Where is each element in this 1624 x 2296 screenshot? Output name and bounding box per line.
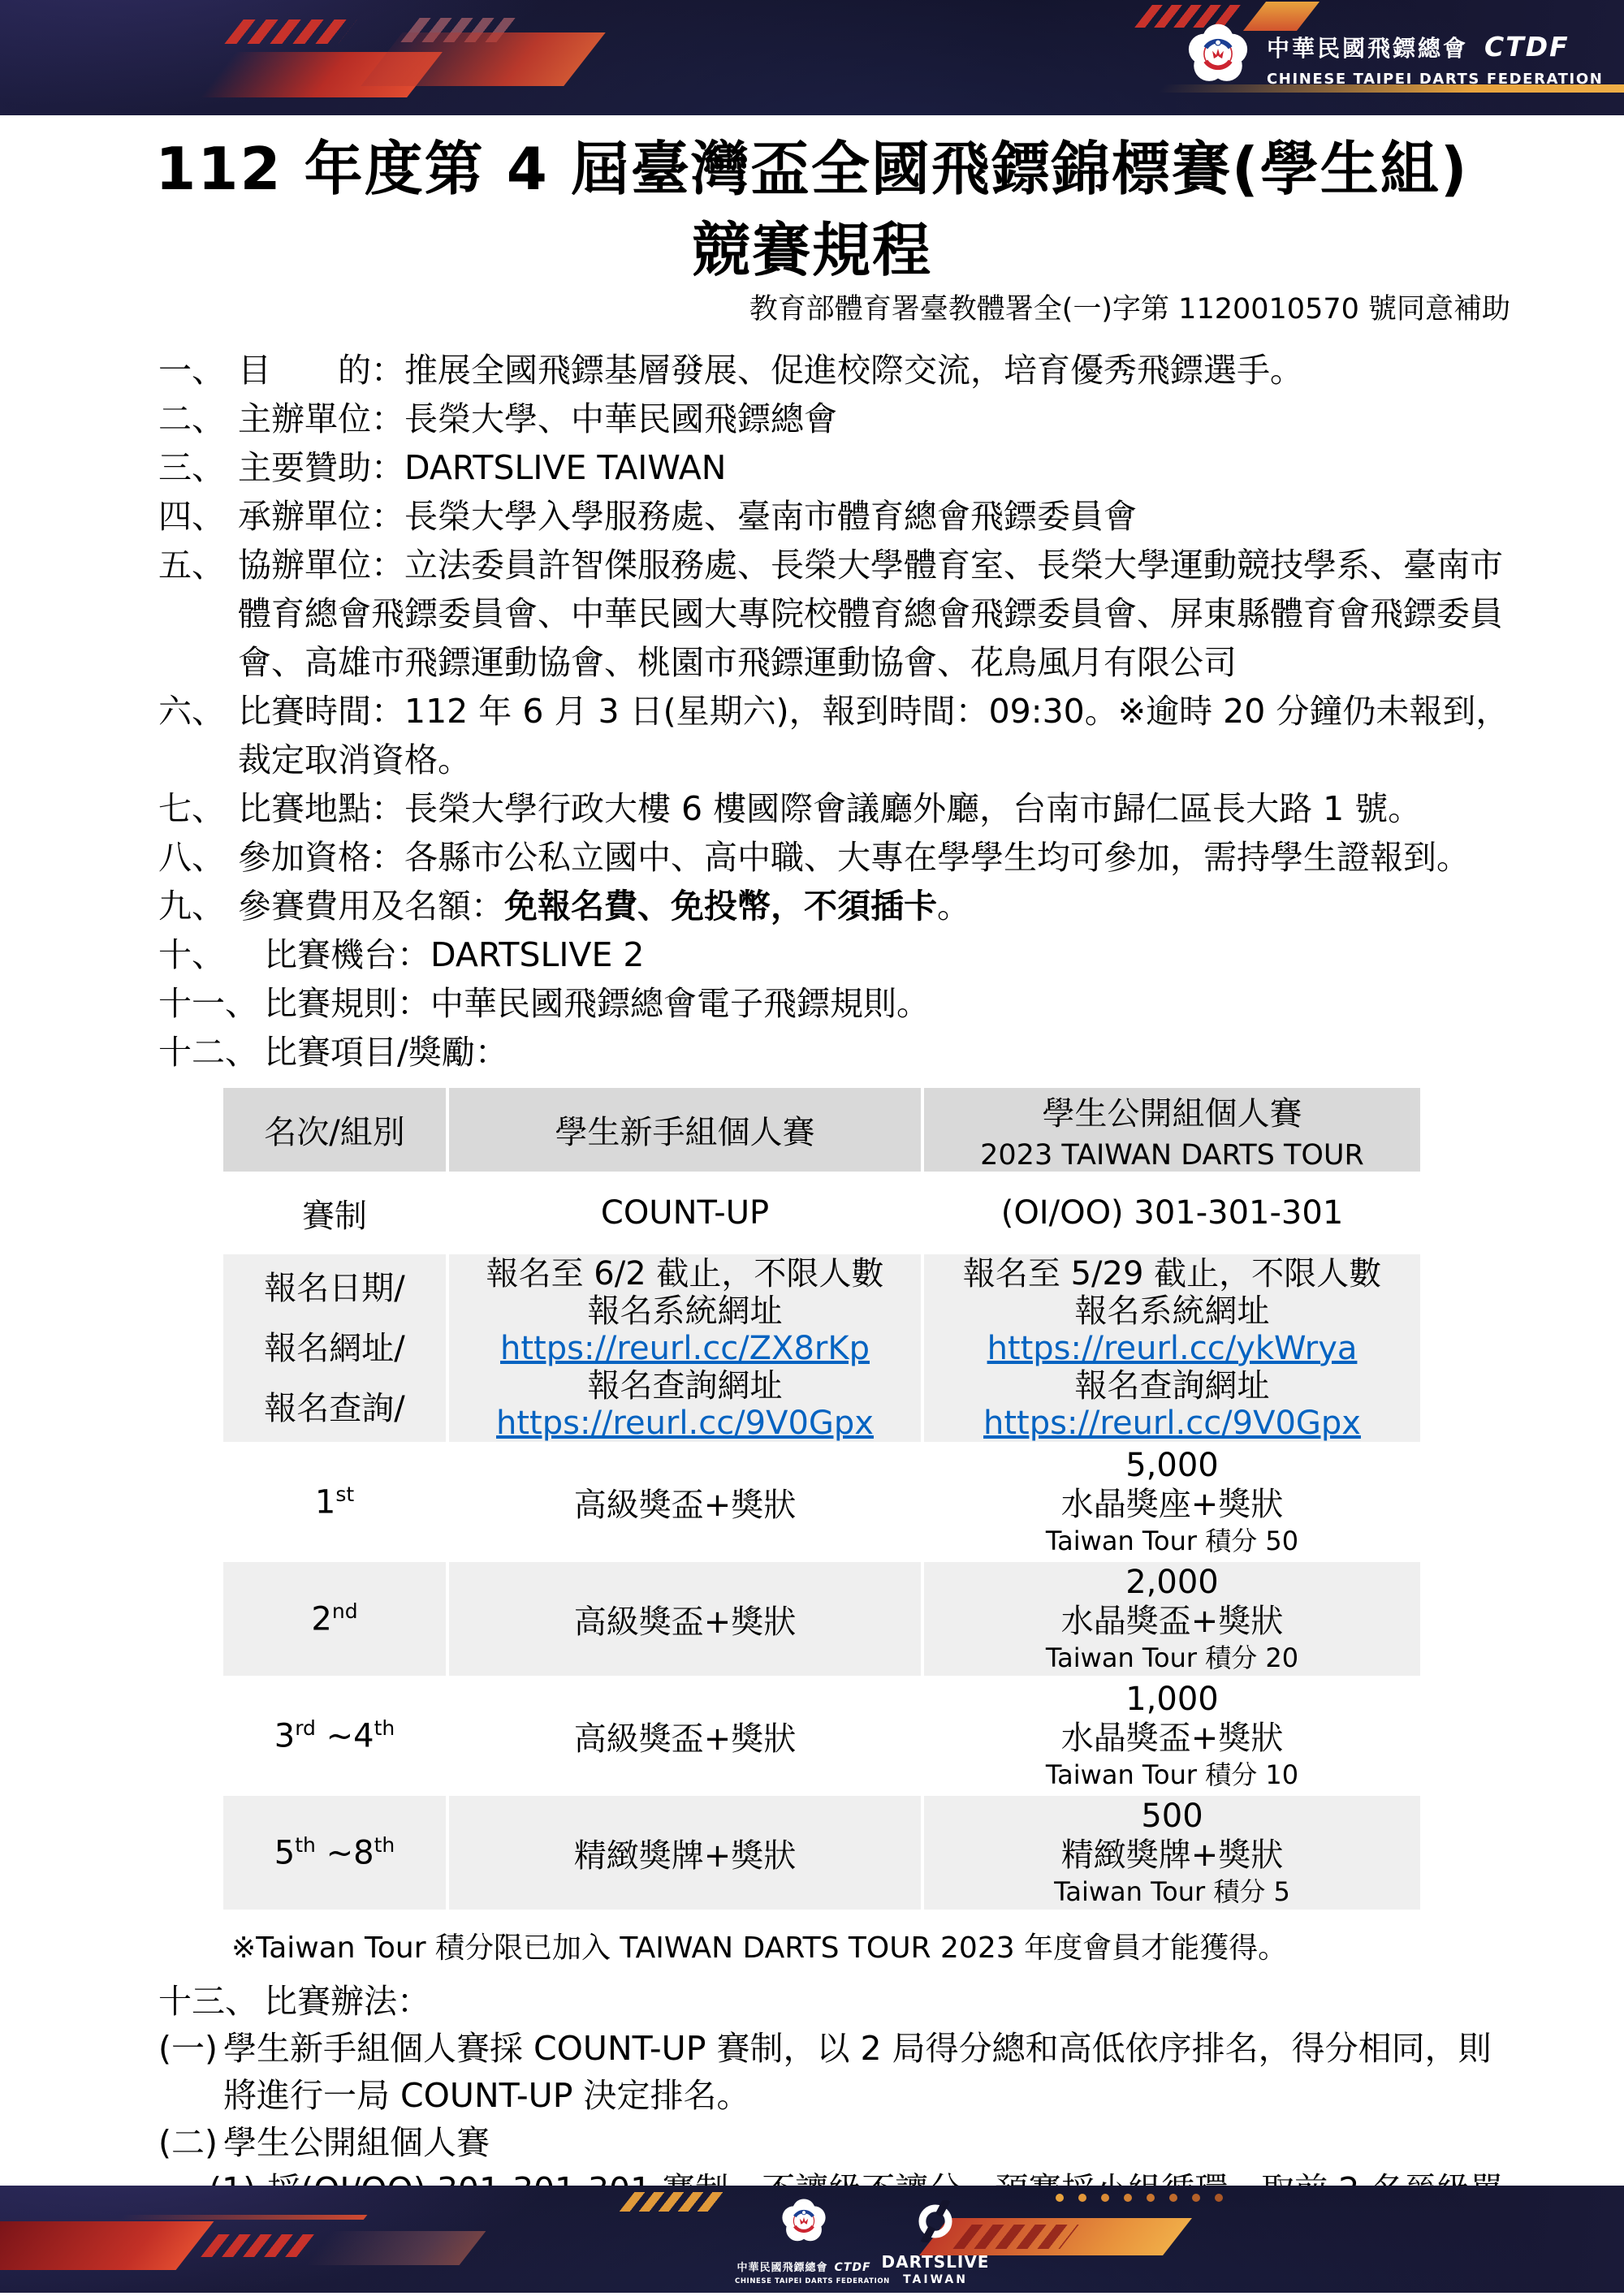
open-query-label: 報名查詢網址: [924, 1367, 1420, 1405]
regulation-item-10: 十、比賽機台：DARTSLIVE 2: [158, 930, 1510, 979]
item-text: 協辦單位：立法委員許智傑服務處、長榮大學體育室、長榮大學運動競技學系、臺南市體育…: [238, 546, 1503, 682]
open-query-link[interactable]: https://reurl.cc/9V0Gpx: [983, 1405, 1361, 1442]
open-prize-points: Taiwan Tour 積分 50: [924, 1524, 1420, 1558]
brand-org-name: 中華民國飛鏢總會: [1267, 31, 1468, 63]
sub-item-text: 學生公開組個人賽: [223, 2123, 490, 2162]
item-text: 比賽規則：中華民國飛鏢總會電子飛鏢規則。: [264, 984, 930, 1023]
col-header-open: 學生公開組個人賽 2023 TAIWAN DARTS TOUR: [924, 1088, 1423, 1175]
ctdf-brand: 中華民國飛鏢總會 CTDF CHINESE TAIPEI DARTS FEDER…: [1187, 21, 1603, 88]
footer-ctdf-logo: 中華民國飛鏢總會CTDF CHINESE TAIPEI DARTS FEDERA…: [735, 2197, 873, 2285]
open-prize-points: Taiwan Tour 積分 10: [924, 1758, 1420, 1792]
dartslive-wordmark: DARTSLIVE: [881, 2252, 990, 2272]
novice-signup-label: 報名系統網址: [449, 1293, 921, 1330]
banner-red-slab-decor: [0, 2221, 214, 2270]
banner-stripes-decor: [620, 2192, 724, 2212]
open-prize-item: 水晶獎座+獎狀: [924, 1485, 1420, 1524]
prize-table: 名次/組別 學生新手組個人賽 學生公開組個人賽 2023 TAIWAN DART…: [223, 1088, 1423, 1913]
regulation-item-11: 十一、比賽規則：中華民國飛鏢總會電子飛鏢規則。: [158, 979, 1510, 1028]
format-row: 賽制 COUNT-UP (OI/OO) 301-301-301: [223, 1175, 1423, 1254]
open-prize-cell: 1,000 水晶獎盃+獎狀 Taiwan Tour 積分 10: [924, 1679, 1423, 1796]
prize-row-2nd: 2nd 高級獎盃+獎狀 2,000 水晶獎盃+獎狀 Taiwan Tour 積分…: [223, 1562, 1423, 1679]
table-header-row: 名次/組別 學生新手組個人賽 學生公開組個人賽 2023 TAIWAN DART…: [223, 1088, 1423, 1175]
item-text: 主要贊助：DARTSLIVE TAIWAN: [238, 448, 726, 487]
open-prize-cell: 5,000 水晶獎座+獎狀 Taiwan Tour 積分 50: [924, 1445, 1423, 1562]
item-text: 比賽機台：DARTSLIVE 2: [264, 935, 644, 974]
item-text-bold: 免報名費、免投幣，不須插卡: [504, 887, 937, 926]
sub-item-1: (一)學生新手組個人賽採 COUNT-UP 賽制，以 2 局得分總和高低依序排名…: [158, 2025, 1510, 2119]
regulation-item-7: 七、比賽地點：長榮大學行政大樓 6 樓國際會議廳外廳，台南市歸仁區長大路 1 號…: [158, 784, 1510, 833]
page-title-line1: 112 年度第 4 屆臺灣盃全國飛鏢錦標賽(學生組): [0, 136, 1624, 201]
rank-cell: 2nd: [223, 1562, 449, 1679]
dartslive-region: TAIWAN: [881, 2273, 990, 2286]
table-footnote: ※Taiwan Tour 積分限已加入 TAIWAN DARTS TOUR 20…: [231, 1931, 1510, 1966]
open-prize-amount: 2,000: [924, 1563, 1420, 1602]
signup-label-line: 報名日期/: [223, 1258, 446, 1318]
open-signup-link[interactable]: https://reurl.cc/ykWrya: [987, 1330, 1358, 1367]
page-title-line2: 競賽規程: [0, 218, 1624, 283]
item-text: 目 的：推展全國飛鏢基層發展、促進校際交流，培育優秀飛鏢選手。: [238, 351, 1303, 390]
open-prize-amount: 500: [924, 1797, 1420, 1836]
regulation-item-13: 十三、比賽辦法：: [158, 1978, 1510, 2025]
footer-dartslive-logo: DARTSLIVE TAIWAN: [881, 2200, 990, 2286]
prize-row-1st: 1st 高級獎盃+獎狀 5,000 水晶獎座+獎狀 Taiwan Tour 積分…: [223, 1445, 1423, 1562]
banner-dots-decor: [1056, 2194, 1064, 2202]
open-prize-amount: 1,000: [924, 1680, 1420, 1719]
prize-row-3rd-4th: 3rd ~4th 高級獎盃+獎狀 1,000 水晶獎盃+獎狀 Taiwan To…: [223, 1679, 1423, 1796]
item-text: 比賽辦法：: [264, 1982, 430, 2021]
open-prize-item: 精緻獎牌+獎狀: [924, 1836, 1420, 1875]
open-deadline: 報名至 5/29 截止，不限人數: [924, 1255, 1420, 1293]
open-prize-item: 水晶獎盃+獎狀: [924, 1719, 1420, 1758]
item-number: 六、: [158, 687, 238, 736]
document-page: 中華民國飛鏢總會 CTDF CHINESE TAIPEI DARTS FEDER…: [0, 0, 1624, 2296]
regulation-item-6: 六、比賽時間：112 年 6 月 3 日(星期六)，報到時間：09:30。※逾時…: [158, 687, 1510, 784]
item-text: 比賽時間：112 年 6 月 3 日(星期六)，報到時間：09:30。※逾時 2…: [238, 692, 1509, 779]
rank-cell: 3rd ~4th: [223, 1679, 449, 1796]
regulation-item-12: 十二、比賽項目/獎勵：: [158, 1028, 1510, 1077]
novice-signup-link[interactable]: https://reurl.cc/ZX8rKp: [500, 1330, 870, 1367]
item-text: 主辦單位：長榮大學、中華民國飛鏢總會: [238, 399, 837, 438]
item-number: 十二、: [158, 1028, 264, 1077]
footer-ctdf-name-en: CHINESE TAIPEI DARTS FEDERATION: [735, 2277, 873, 2285]
signup-label-line: 報名查詢/: [223, 1379, 446, 1439]
regulation-item-2: 二、主辦單位：長榮大學、中華民國飛鏢總會: [158, 395, 1510, 443]
novice-query-label: 報名查詢網址: [449, 1367, 921, 1405]
item-number: 七、: [158, 784, 238, 833]
signup-row: 報名日期/ 報名網址/ 報名查詢/ 報名至 6/2 截止，不限人數 報名系統網址…: [223, 1254, 1423, 1445]
dartslive-swirl-icon: [914, 2200, 957, 2242]
item-text: 承辦單位：長榮大學入學服務處、臺南市體育總會飛鏢委員會: [238, 497, 1137, 536]
item-number: 四、: [158, 492, 238, 541]
open-signup-cell: 報名至 5/29 截止，不限人數 報名系統網址 https://reurl.cc…: [924, 1254, 1423, 1445]
regulation-item-4: 四、承辦單位：長榮大學入學服務處、臺南市體育總會飛鏢委員會: [158, 492, 1510, 541]
ctdf-plum-blossom-icon: [781, 2197, 827, 2246]
regulation-item-1: 一、目 的：推展全國飛鏢基層發展、促進校際交流，培育優秀飛鏢選手。: [158, 346, 1510, 395]
item-number: 二、: [158, 395, 238, 443]
novice-format: COUNT-UP: [449, 1175, 924, 1254]
sub-item-number: (二): [158, 2119, 223, 2166]
approval-note: 教育部體育署臺教體署全(一)字第 1120010570 號同意補助: [158, 292, 1510, 326]
novice-prize: 高級獎盃+獎狀: [449, 1445, 924, 1562]
brand-org-name-en: CHINESE TAIPEI DARTS FEDERATION: [1267, 71, 1603, 88]
item-number: 十三、: [158, 1978, 264, 2025]
format-label: 賽制: [223, 1175, 449, 1254]
item-number: 三、: [158, 443, 238, 492]
item-text: 。: [937, 887, 970, 926]
regulation-item-9: 九、參賽費用及名額：免報名費、免投幣，不須插卡。: [158, 882, 1510, 930]
sub-item-2: (二)學生公開組個人賽: [158, 2119, 1510, 2166]
item-number: 十一、: [158, 979, 264, 1028]
brand-abbr: CTDF: [1484, 31, 1570, 63]
sub-item-number: (一): [158, 2025, 223, 2072]
open-format: (OI/OO) 301-301-301: [924, 1175, 1423, 1254]
item-number: 五、: [158, 541, 238, 589]
open-signup-label: 報名系統網址: [924, 1293, 1420, 1330]
open-prize-cell: 2,000 水晶獎盃+獎狀 Taiwan Tour 積分 20: [924, 1562, 1423, 1679]
novice-prize: 高級獎盃+獎狀: [449, 1562, 924, 1679]
novice-prize: 精緻獎牌+獎狀: [449, 1796, 924, 1913]
regulation-item-5: 五、協辦單位：立法委員許智傑服務處、長榮大學體育室、長榮大學運動競技學系、臺南市…: [158, 541, 1510, 687]
col-header-rank: 名次/組別: [223, 1088, 449, 1175]
section-13: 十三、比賽辦法： (一)學生新手組個人賽採 COUNT-UP 賽制，以 2 局得…: [158, 1978, 1510, 2213]
item-text: 比賽地點：長榮大學行政大樓 6 樓國際會議廳外廳，台南市歸仁區長大路 1 號。: [238, 789, 1421, 828]
signup-label-line: 報名網址/: [223, 1318, 446, 1379]
regulation-item-8: 八、參加資格：各縣市公私立國中、高中職、大專在學學生均可參加，需持學生證報到。: [158, 833, 1510, 882]
signup-label-cell: 報名日期/ 報名網址/ 報名查詢/: [223, 1254, 449, 1445]
item-number: 一、: [158, 346, 238, 395]
item-text: 參賽費用及名額：: [238, 887, 504, 926]
novice-signup-cell: 報名至 6/2 截止，不限人數 報名系統網址 https://reurl.cc/…: [449, 1254, 924, 1445]
open-group-subtitle: 2023 TAIWAN DARTS TOUR: [924, 1139, 1420, 1172]
rank-cell: 1st: [223, 1445, 449, 1562]
footer-banner: 中華民國飛鏢總會CTDF CHINESE TAIPEI DARTS FEDERA…: [0, 2186, 1624, 2293]
novice-query-link[interactable]: https://reurl.cc/9V0Gpx: [496, 1405, 874, 1442]
open-prize-cell: 500 精緻獎牌+獎狀 Taiwan Tour 積分 5: [924, 1796, 1423, 1913]
item-number: 九、: [158, 882, 238, 930]
open-prize-amount: 5,000: [924, 1446, 1420, 1485]
document-body: 112 年度第 4 屆臺灣盃全國飛鏢錦標賽(學生組) 競賽規程 教育部體育署臺教…: [0, 0, 1624, 2213]
prize-row-5th-8th: 5th ~8th 精緻獎牌+獎狀 500 精緻獎牌+獎狀 Taiwan Tour…: [223, 1796, 1423, 1913]
rank-cell: 5th ~8th: [223, 1796, 449, 1913]
open-group-title: 學生公開組個人賽: [924, 1088, 1420, 1134]
novice-deadline: 報名至 6/2 截止，不限人數: [449, 1255, 921, 1293]
col-header-novice: 學生新手組個人賽: [449, 1088, 924, 1175]
sub-item-text: 學生新手組個人賽採 COUNT-UP 賽制，以 2 局得分總和高低依序排名，得分…: [223, 2029, 1492, 2115]
banner-stripes-decor: [201, 2234, 316, 2257]
footer-ctdf-name: 中華民國飛鏢總會CTDF: [735, 2259, 873, 2274]
regulation-item-3: 三、主要贊助：DARTSLIVE TAIWAN: [158, 443, 1510, 492]
item-text: 比賽項目/獎勵：: [264, 1033, 508, 1072]
item-text: 參加資格：各縣市公私立國中、高中職、大專在學學生均可參加，需持學生證報到。: [238, 838, 1470, 877]
open-prize-item: 水晶獎盃+獎狀: [924, 1602, 1420, 1641]
banner-red-line-decor: [120, 2215, 368, 2220]
item-number: 十、: [158, 930, 264, 979]
banner-gray-slab-decor: [305, 2231, 486, 2265]
item-number: 八、: [158, 833, 238, 882]
open-prize-points: Taiwan Tour 積分 20: [924, 1641, 1420, 1675]
regulation-list: 一、目 的：推展全國飛鏢基層發展、促進校際交流，培育優秀飛鏢選手。 二、主辦單位…: [158, 346, 1510, 1077]
footer-ctdf-abbr: CTDF: [835, 2261, 871, 2274]
novice-prize: 高級獎盃+獎狀: [449, 1679, 924, 1796]
ctdf-plum-blossom-icon: [1187, 21, 1249, 88]
open-prize-points: Taiwan Tour 積分 5: [924, 1875, 1420, 1909]
